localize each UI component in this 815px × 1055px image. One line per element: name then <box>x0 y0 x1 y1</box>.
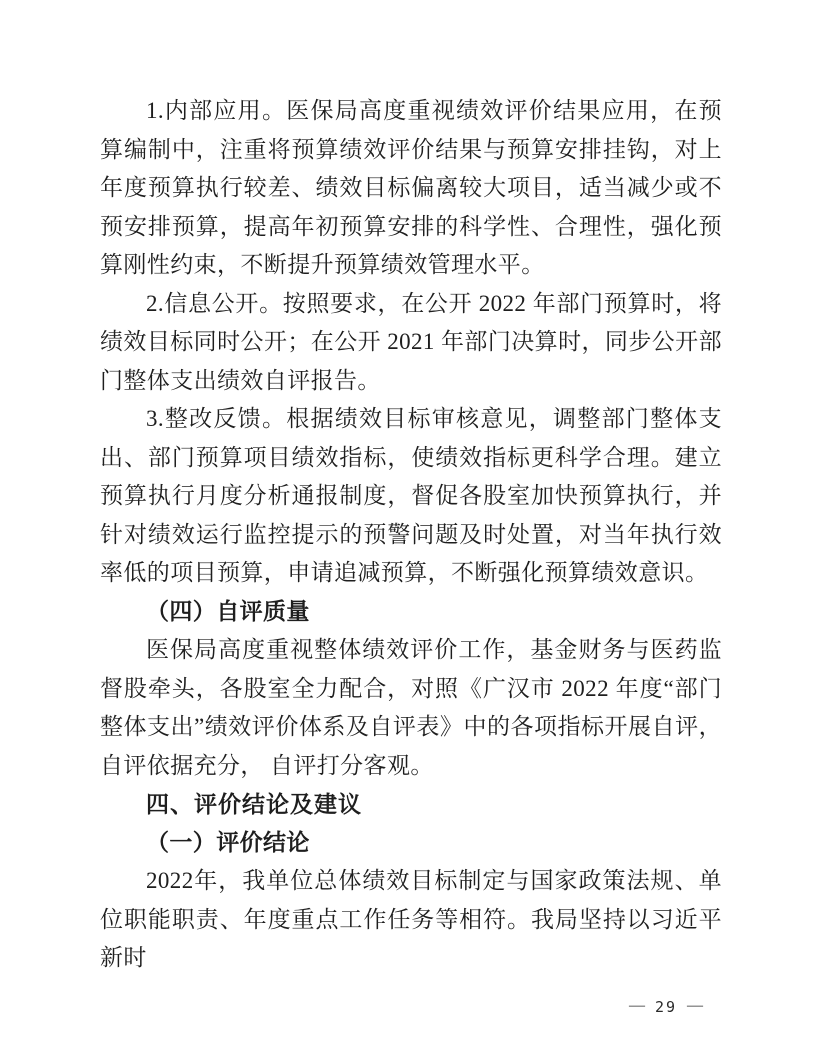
paragraph-internal-application: 1.内部应用。医保局高度重视绩效评价结果应用，在预算编制中，注重将预算绩效评价结… <box>100 92 722 285</box>
subsection-heading-self-evaluation-quality: （四）自评质量 <box>100 593 722 632</box>
document-body: 1.内部应用。医保局高度重视绩效评价结果应用，在预算编制中，注重将预算绩效评价结… <box>100 92 722 978</box>
subsection-heading-evaluation-conclusion: （一）评价结论 <box>100 824 722 863</box>
paragraph-self-evaluation-work: 医保局高度重视整体绩效评价工作，基金财务与医药监督股牵头，各股室全力配合，对照《… <box>100 631 722 785</box>
page-footer: — 29 — <box>629 999 703 1015</box>
page-number: 29 <box>655 999 677 1015</box>
section-heading-conclusion-and-suggestions: 四、评价结论及建议 <box>100 785 722 824</box>
paragraph-information-disclosure: 2.信息公开。按照要求，在公开 2022 年部门预算时，将绩效目标同时公开；在公… <box>100 285 722 401</box>
footer-left-dash: — <box>629 998 645 1014</box>
paragraph-evaluation-conclusion-body: 2022年，我单位总体绩效目标制定与国家政策法规、单位职能职责、年度重点工作任务… <box>100 862 722 978</box>
paragraph-rectification-feedback: 3.整改反馈。根据绩效目标审核意见，调整部门整体支出、部门预算项目绩效指标，使绩… <box>100 400 722 593</box>
footer-right-dash: — <box>687 998 703 1014</box>
document-page: 1.内部应用。医保局高度重视绩效评价结果应用，在预算编制中，注重将预算绩效评价结… <box>0 0 815 1055</box>
